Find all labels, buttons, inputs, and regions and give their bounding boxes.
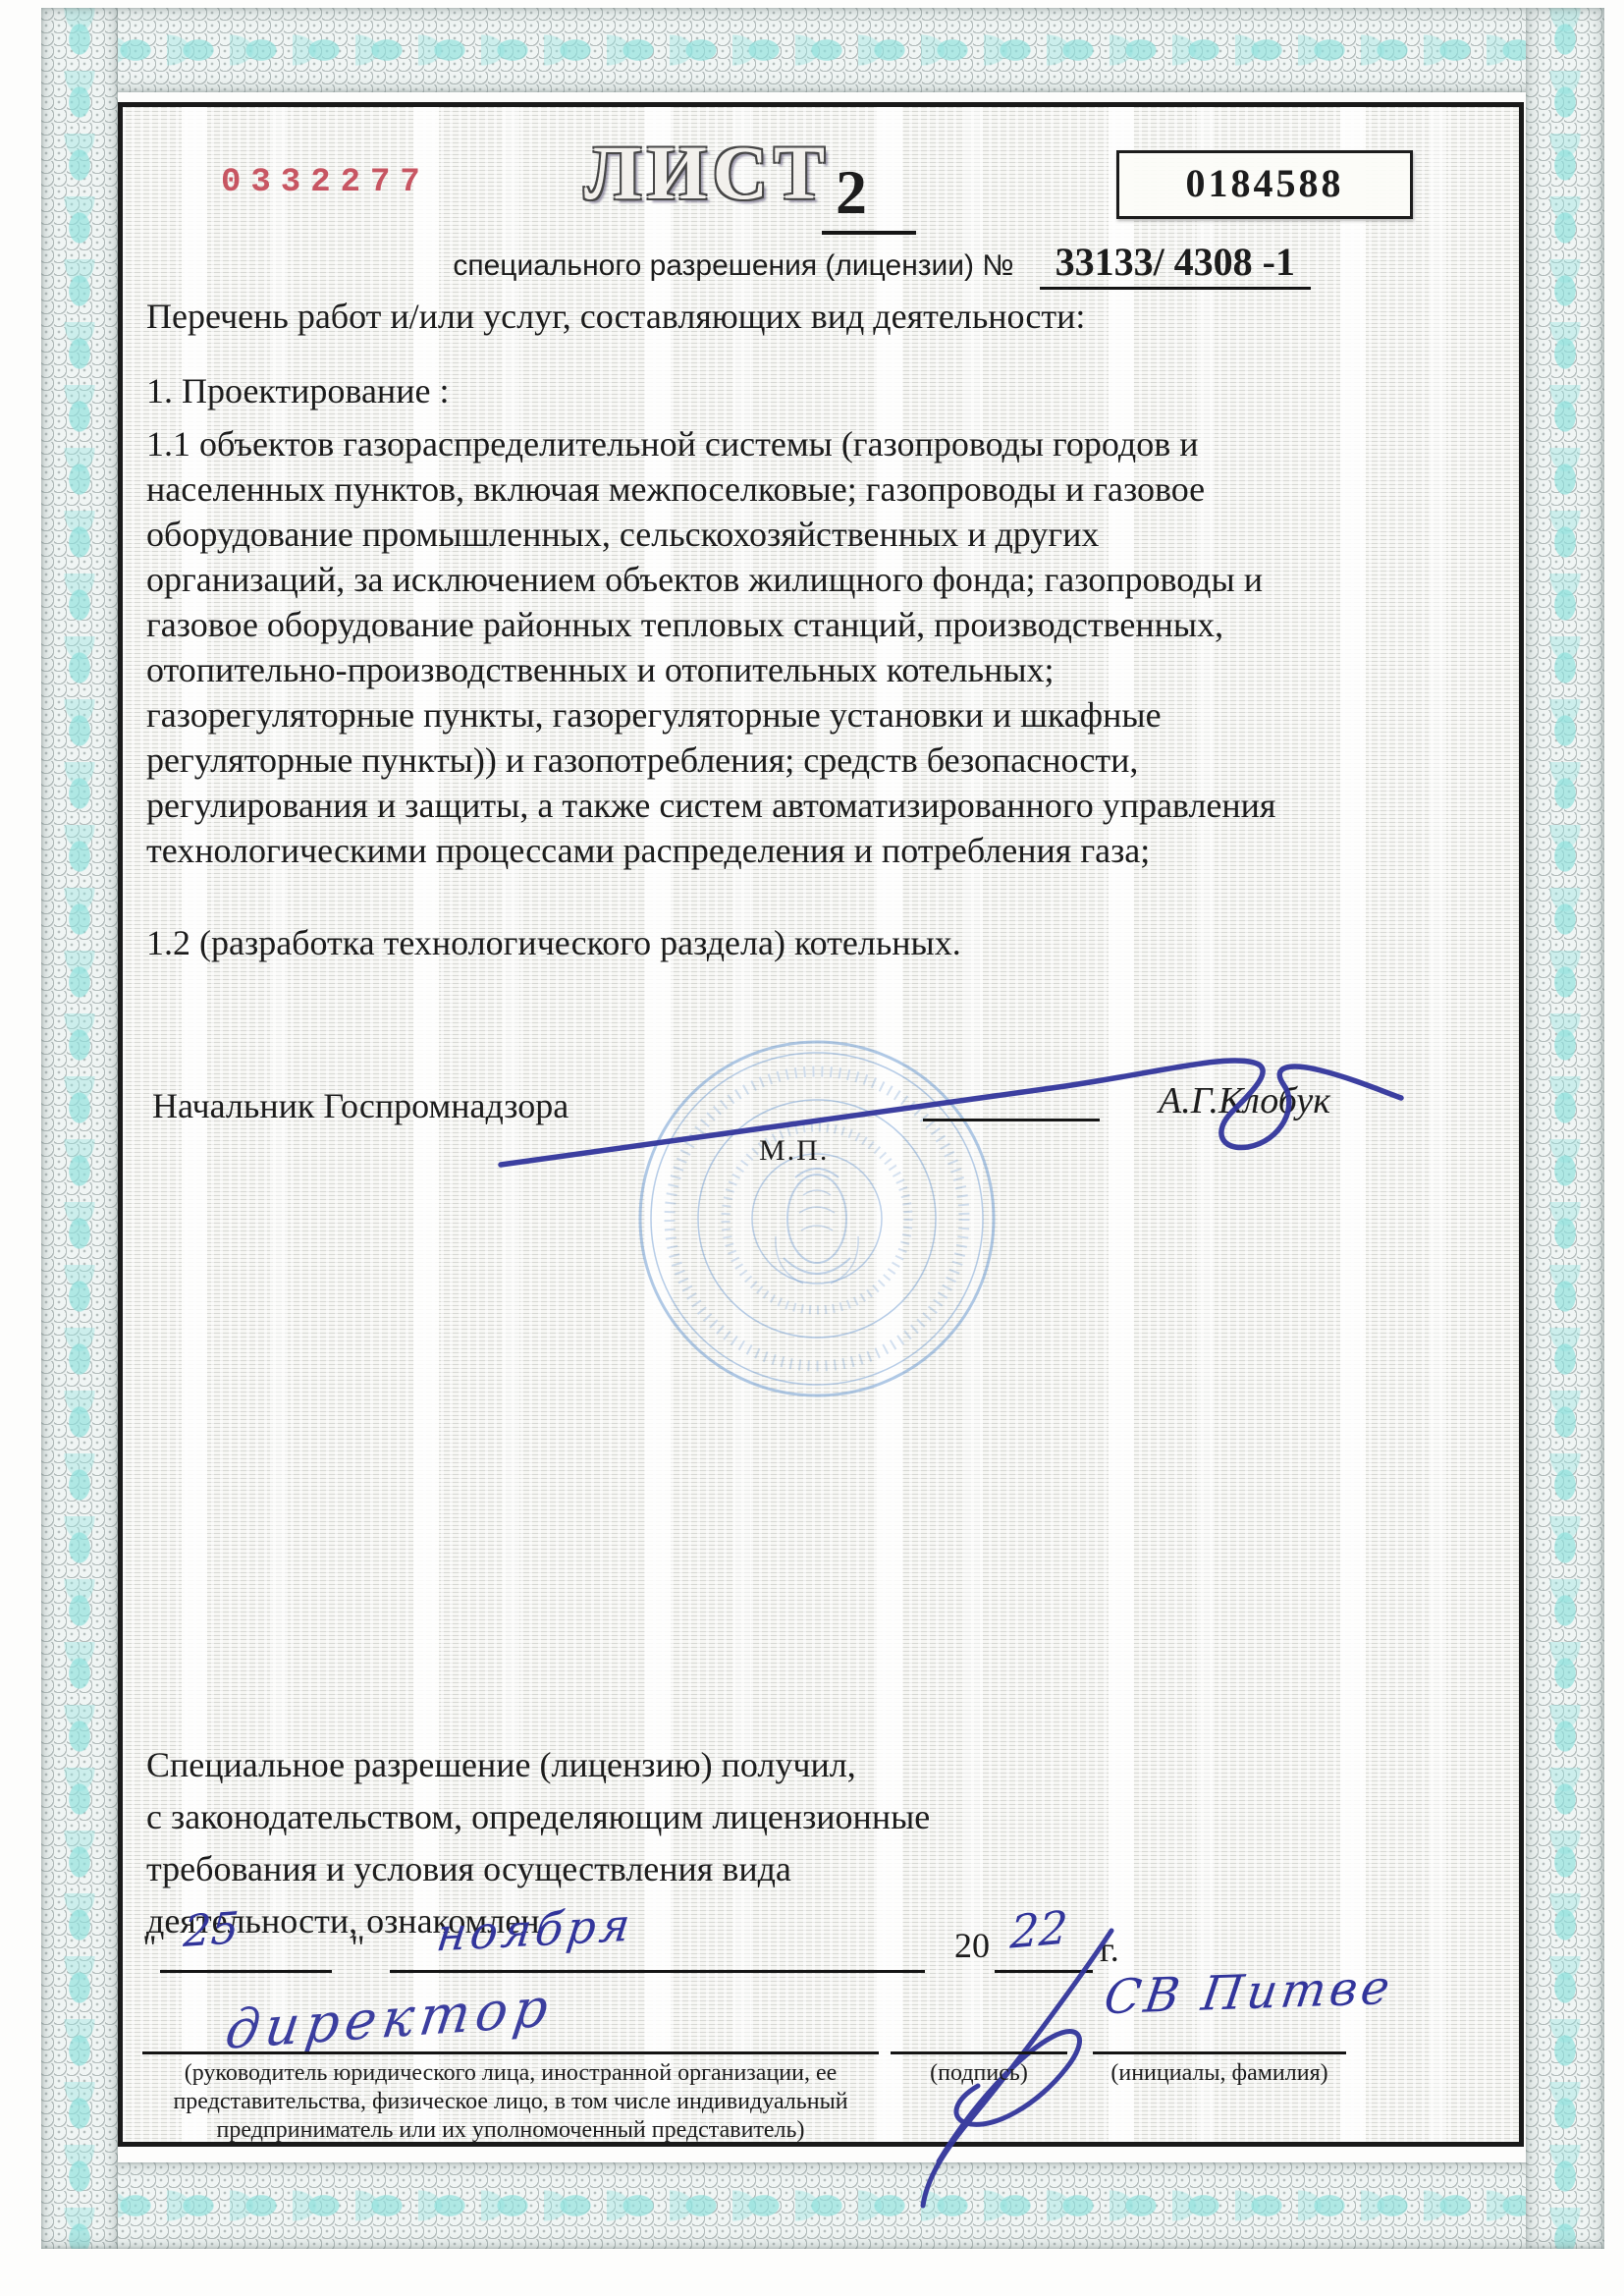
blank-number-box: 0184588 bbox=[1116, 150, 1413, 219]
official-signature bbox=[476, 1006, 1419, 1192]
text-line: требования и условия осуществления вида bbox=[146, 1843, 930, 1895]
section-1-title: 1. Проектирование : bbox=[146, 368, 1511, 413]
text-line: отопительно-производственных и отопитель… bbox=[146, 647, 1511, 692]
text-line: регуляторные пункты)) и газопотребления;… bbox=[146, 738, 1511, 783]
month-handwritten: ноября bbox=[434, 1898, 637, 1962]
text-line: (руководитель юридического лица, иностра… bbox=[142, 2059, 879, 2088]
subtitle-label: специального разрешения (лицензии) № bbox=[453, 249, 1013, 283]
clause-1-2: 1.2 (разработка технологического раздела… bbox=[146, 920, 1511, 965]
quote-close: " bbox=[351, 1927, 365, 1968]
sheet-title: ЛИСТ bbox=[584, 129, 831, 217]
quote-open: " bbox=[142, 1927, 157, 1968]
text-line: оборудование промышленных, сельскохозяйс… bbox=[146, 512, 1511, 557]
document-frame: 0332277 ЛИСТ 2 0184588 специального разр… bbox=[118, 102, 1524, 2147]
sheet-number-underline bbox=[822, 231, 916, 235]
signature-caption: (подпись) bbox=[891, 2059, 1067, 2088]
signature-line bbox=[891, 2051, 1067, 2054]
red-serial-number: 0332277 bbox=[221, 164, 430, 201]
position-caption: (руководитель юридического лица, иностра… bbox=[142, 2059, 879, 2145]
text-line: газовое оборудование районных тепловых с… bbox=[146, 602, 1511, 647]
activity-list: Перечень работ и/или услуг, составляющих… bbox=[146, 294, 1511, 965]
guilloche-border-right bbox=[1526, 8, 1604, 2249]
initials-caption: (инициалы, фамилия) bbox=[1093, 2059, 1346, 2088]
license-number: 33133/ 4308 -1 bbox=[1040, 239, 1311, 290]
text-line: газорегуляторные пункты, газорегуляторны… bbox=[146, 692, 1511, 738]
text-line: предприниматель или их уполномоченный пр… bbox=[142, 2116, 879, 2145]
sheet-number: 2 bbox=[836, 156, 867, 229]
text-line: организаций, за исключением объектов жил… bbox=[146, 557, 1511, 602]
text-line: с законодательством, определяющим лиценз… bbox=[146, 1791, 930, 1843]
position-line bbox=[142, 2051, 879, 2054]
list-intro: Перечень работ и/или услуг, составляющих… bbox=[146, 294, 1511, 339]
subtitle-row: специального разрешения (лицензии) № 331… bbox=[270, 239, 1311, 298]
text-line: технологическими процессами распределени… bbox=[146, 828, 1511, 873]
guilloche-border-top bbox=[41, 8, 1604, 92]
initials-line bbox=[1093, 2051, 1346, 2054]
clause-1-1: 1.1 объектов газораспределительной систе… bbox=[146, 421, 1511, 873]
guilloche-border-left bbox=[41, 8, 118, 2249]
text-line: регулирования и защиты, а также систем а… bbox=[146, 783, 1511, 828]
day-handwritten: 25 bbox=[182, 1903, 240, 1957]
text-line: Специальное разрешение (лицензию) получи… bbox=[146, 1739, 930, 1791]
guilloche-border-bottom bbox=[41, 2162, 1604, 2249]
text-line: 1.1 объектов газораспределительной систе… bbox=[146, 421, 1511, 466]
text-line: представительства, физическое лицо, в то… bbox=[142, 2088, 879, 2116]
text-line: населенных пунктов, включая межпоселковы… bbox=[146, 466, 1511, 512]
